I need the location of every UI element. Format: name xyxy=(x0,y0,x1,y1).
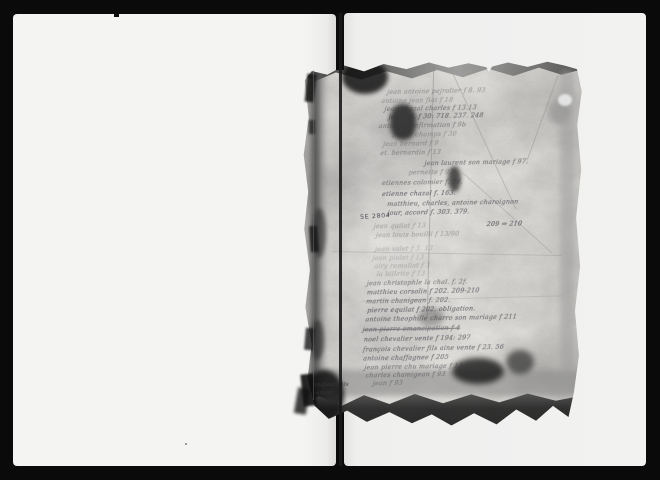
manuscript-line: etienne chazal f. 163. xyxy=(382,190,457,198)
manuscript-page: jean antoine pejrolier f 8. 93antoine je… xyxy=(302,58,584,430)
manuscript-line: jean jal. f 30: 718. 237. 248 xyxy=(388,112,484,121)
binding-debris xyxy=(309,226,319,252)
torn-edge-line xyxy=(313,70,314,400)
manuscript-line: 209 ⇒ 210 xyxy=(486,220,522,228)
manuscript-line: charles chamigean f 93 xyxy=(365,371,446,380)
manuscript-line: antoine confirmation f 9b xyxy=(378,122,466,131)
manuscript-line: jean piolet f 13 xyxy=(372,254,425,262)
manuscript-line: jean laurent son mariage f 97. xyxy=(424,158,529,167)
manuscript-line: pierre champs f 30 xyxy=(391,131,457,139)
scan-surround: jean antoine pejrolier f 8. 93antoine je… xyxy=(0,0,660,480)
manuscript-line: matthieu corsolin f 202. 209-210 xyxy=(367,287,480,296)
manuscript-line: jean bernard f 9 xyxy=(383,140,439,148)
manuscript-line: jean f 93 xyxy=(372,380,403,388)
manuscript-line: jean louis bouilli f 13/90 xyxy=(375,231,459,240)
manuscript-line: pernette f 93 xyxy=(408,169,454,177)
manuscript-line: noel chevalier vente f 194: 297 xyxy=(363,334,471,343)
manuscript-line: françois chevalier fils aine vente f 23.… xyxy=(363,344,505,354)
left-page xyxy=(13,14,336,466)
manuscript-line: jean pierre emancipation f 4 xyxy=(362,325,460,334)
manuscript-line: martin chanigean f. 202. xyxy=(366,297,451,306)
manuscript-line: antoine chaffagnee f 205 xyxy=(363,354,449,363)
manuscript-line: matthieu, charles, antoine charoignon xyxy=(387,199,519,209)
manuscript-line: pierre equilat f 202. obligation. xyxy=(367,305,476,314)
manuscript-line: la billette f 13 xyxy=(376,270,426,278)
scan-edge-notch xyxy=(114,12,119,17)
manuscript-line: antoine theophille charro son mariage f … xyxy=(365,314,517,324)
manuscript-line: jean pierre chu mariage f 13 xyxy=(364,363,463,372)
manuscript-line: airy remollat f 3 xyxy=(374,262,431,270)
manuscript-line: jean antoine pejrolier f 8. 93 xyxy=(387,87,486,96)
binding-debris xyxy=(309,120,315,134)
manuscript-line: jean quilat f 13 xyxy=(373,222,426,230)
manuscript-line: jean christophle la chal. f. 2f. xyxy=(366,279,468,288)
manuscript-line: et. bernardin f 13 xyxy=(380,149,442,157)
manuscript-line: jour, accord f. 303. 379. xyxy=(387,208,470,217)
manuscript-line: antoine jean fiat f 18 xyxy=(381,97,454,105)
manuscript-line: jean valet f 3. 13 xyxy=(375,245,434,253)
manuscript-line: etiennes colomier f. 98. xyxy=(381,179,463,188)
spine-binding-line xyxy=(339,13,342,466)
dust-speck xyxy=(185,443,187,445)
